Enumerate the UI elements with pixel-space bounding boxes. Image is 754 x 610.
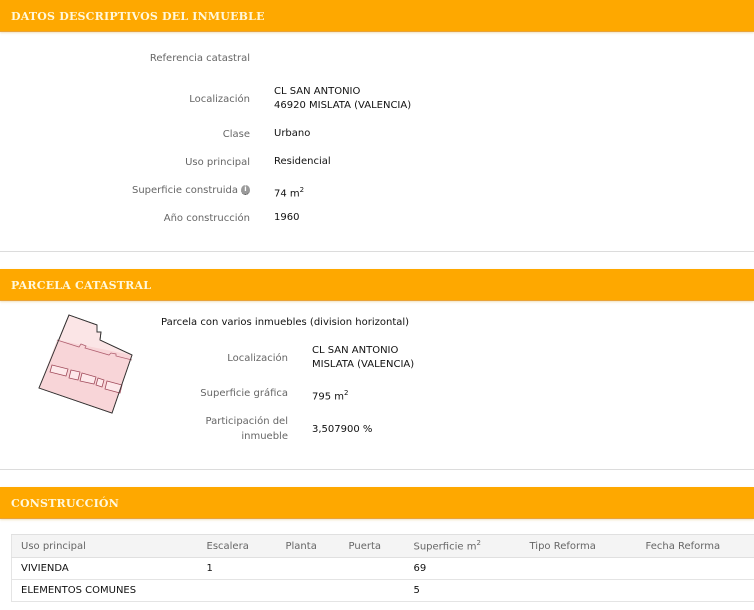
unit-superscript: 2 [344,389,348,397]
section-title-datos: DATOS DESCRIPTIVOS DEL INMUEBLE [11,10,265,23]
cell-escalera: 1 [198,558,277,580]
column-header-superficie: Superficie m2 [405,535,521,558]
value-parcela-localizacion-line1: CL SAN ANTONIO [312,344,414,358]
value-localizacion-line2: 46920 MISLATA (VALENCIA) [274,99,411,113]
value-uso: Residencial [274,155,331,169]
cell-superficie: 5 [405,580,521,602]
value-participacion: 3,507900 % [312,423,372,437]
table-row: VIVIENDA 1 69 [12,558,754,580]
column-header-escalera: Escalera [198,535,277,558]
unit-superscript: 2 [476,539,480,547]
label-clase: Clase [0,129,250,140]
label-superficie-grafica: Superficie gráfica [148,386,288,401]
section-header-construccion: CONSTRUCCIÓN [0,487,754,519]
cell-fecha-reforma [637,558,754,580]
value-clase: Urbano [274,127,310,141]
cell-planta [277,558,340,580]
label-participacion: Participación del inmueble [148,414,288,444]
value-localizacion: CL SAN ANTONIO 46920 MISLATA (VALENCIA) [274,85,411,113]
cell-escalera [198,580,277,602]
label-participacion-line1: Participación del [148,414,288,429]
label-superficie-text: Superficie construida [132,185,238,196]
value-superficie-grafica: 795 m2 [312,386,348,404]
label-participacion-line2: inmueble [148,429,288,444]
cell-uso: ELEMENTOS COMUNES [12,580,198,602]
value-anio: 1960 [274,211,299,225]
cell-tipo-reforma [521,558,637,580]
label-uso: Uso principal [0,157,250,168]
value-localizacion-line1: CL SAN ANTONIO [274,85,411,99]
construccion-table: Uso principal Escalera Planta Puerta Sup… [11,534,754,602]
value-parcela-localizacion-line2: MISLATA (VALENCIA) [312,358,414,372]
column-header-puerta: Puerta [340,535,405,558]
section-divider [0,469,754,470]
section-header-parcela: PARCELA CATASTRAL [0,269,754,301]
section-header-datos: DATOS DESCRIPTIVOS DEL INMUEBLE [0,0,754,32]
cell-superficie: 69 [405,558,521,580]
cell-puerta [340,558,405,580]
value-superficie: 74 m2 [274,183,304,201]
unit-superscript: 2 [300,186,304,194]
section-title-construccion: CONSTRUCCIÓN [11,497,119,510]
value-parcela-localizacion: CL SAN ANTONIO MISLATA (VALENCIA) [312,344,414,372]
section-divider [0,251,754,252]
label-superficie: Superficie construidai [0,185,250,196]
cell-uso: VIVIENDA [12,558,198,580]
label-referencia: Referencia catastral [0,53,250,64]
label-localizacion: Localización [0,94,250,105]
column-header-uso: Uso principal [12,535,198,558]
table-header-row: Uso principal Escalera Planta Puerta Sup… [12,535,754,558]
column-header-fecha-reforma: Fecha Reforma [637,535,754,558]
value-superficie-grafica-number: 795 m [312,391,344,402]
cell-planta [277,580,340,602]
label-parcela-localizacion: Localización [148,351,288,366]
cell-tipo-reforma [521,580,637,602]
cell-puerta [340,580,405,602]
value-superficie-number: 74 m [274,188,300,199]
cell-fecha-reforma [637,580,754,602]
table-row: ELEMENTOS COMUNES 5 [12,580,754,602]
section-title-parcela: PARCELA CATASTRAL [11,279,151,292]
column-header-superficie-text: Superficie m [414,542,477,553]
label-anio: Año construcción [0,213,250,224]
parcela-description: Parcela con varios inmuebles (division h… [161,316,409,330]
column-header-tipo-reforma: Tipo Reforma [521,535,637,558]
column-header-planta: Planta [277,535,340,558]
parcel-plan-thumbnail[interactable] [34,310,138,420]
info-icon[interactable]: i [241,185,250,195]
